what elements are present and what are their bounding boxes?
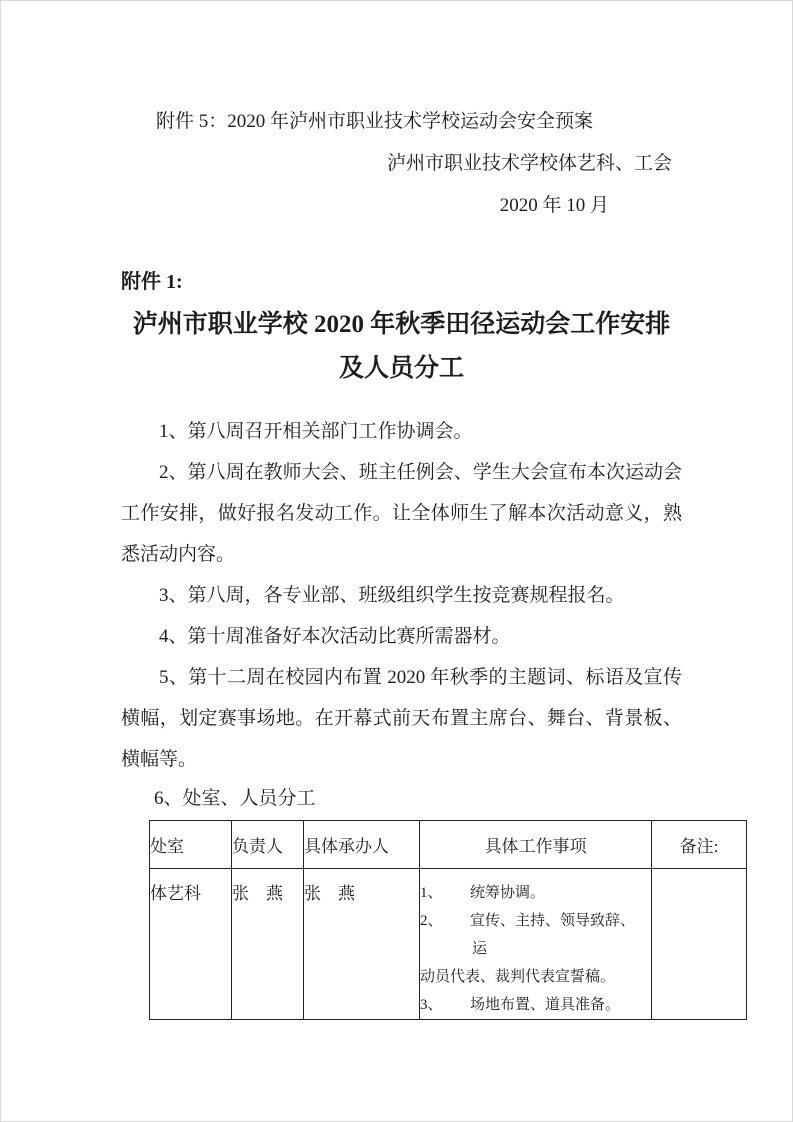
- document-header: 附件 5：2020 年泸州市职业技术学校运动会安全预案 泸州市职业技术学校体艺科…: [121, 101, 682, 227]
- paragraph-4: 4、第十周准备好本次活动比赛所需器材。: [121, 616, 682, 657]
- task-1-text: 统筹协调。: [470, 885, 545, 901]
- header-date-line: 2020 年 10 月: [121, 185, 682, 227]
- header-department-line: 泸州市职业技术学校体艺科、工会: [121, 143, 682, 185]
- task-2-text: 宣传、主持、领导致辞、: [470, 913, 635, 929]
- cell-tasks: 1、统筹协调。 2、宣传、主持、领导致辞、 运 动员代表、裁判代表宣誓稿。 3、…: [420, 869, 652, 1020]
- cell-handler: 张 燕: [304, 869, 420, 1020]
- header-handler: 具体承办人: [304, 821, 420, 869]
- cell-leader: 张 燕: [232, 869, 304, 1020]
- document-title: 泸州市职业学校 2020 年秋季田径运动会工作安排及人员分工: [121, 303, 682, 391]
- paragraph-5: 5、第十二周在校园内布置 2020 年秋季的主题词、标语及宣传横幅，划定赛事场地…: [121, 657, 682, 780]
- body-paragraphs: 1、第八周召开相关部门工作协调会。 2、第八周在教师大会、班主任例会、学生大会宣…: [121, 411, 682, 818]
- cell-office: 体艺科: [150, 869, 232, 1020]
- header-office: 处室: [150, 821, 232, 869]
- table-header-row: 处室 负责人 具体承办人 具体工作事项 备注:: [150, 821, 747, 869]
- attachment1-label: 附件 1:: [121, 267, 682, 297]
- assignment-table: 处室 负责人 具体承办人 具体工作事项 备注: 体艺科 张 燕 张 燕 1、统筹…: [149, 820, 747, 1020]
- task-line-2-wrap: 运: [420, 935, 651, 963]
- header-note: 备注:: [652, 821, 747, 869]
- task-3-text: 场地布置、道具准备。: [470, 997, 620, 1013]
- header-attachment5-line: 附件 5：2020 年泸州市职业技术学校运动会安全预案: [121, 101, 682, 143]
- task-1-number: 1、: [420, 879, 470, 907]
- paragraph-1: 1、第八周召开相关部门工作协调会。: [121, 411, 682, 452]
- task-line-2-continuation: 动员代表、裁判代表宣誓稿。: [420, 963, 651, 991]
- document-page: 附件 5：2020 年泸州市职业技术学校运动会安全预案 泸州市职业技术学校体艺科…: [0, 0, 793, 1122]
- header-tasks: 具体工作事项: [420, 821, 652, 869]
- header-leader: 负责人: [232, 821, 304, 869]
- task-line-2: 2、宣传、主持、领导致辞、: [420, 907, 651, 935]
- document-content: 附件 5：2020 年泸州市职业技术学校运动会安全预案 泸州市职业技术学校体艺科…: [121, 101, 682, 1020]
- cell-note: [652, 869, 747, 1020]
- table-row: 体艺科 张 燕 张 燕 1、统筹协调。 2、宣传、主持、领导致辞、 运 动员代表…: [150, 869, 747, 1020]
- paragraph-2: 2、第八周在教师大会、班主任例会、学生大会宣布本次运动会工作安排，做好报名发动工…: [121, 452, 682, 575]
- task-line-1: 1、统筹协调。: [420, 879, 651, 907]
- task-2-number: 2、: [420, 907, 470, 935]
- paragraph-3: 3、第八周，各专业部、班级组织学生按竞赛规程报名。: [121, 575, 682, 616]
- task-line-3: 3、场地布置、道具准备。: [420, 991, 651, 1019]
- paragraph-6-table-intro: 6、处室、人员分工: [121, 780, 682, 818]
- task-3-number: 3、: [420, 991, 470, 1019]
